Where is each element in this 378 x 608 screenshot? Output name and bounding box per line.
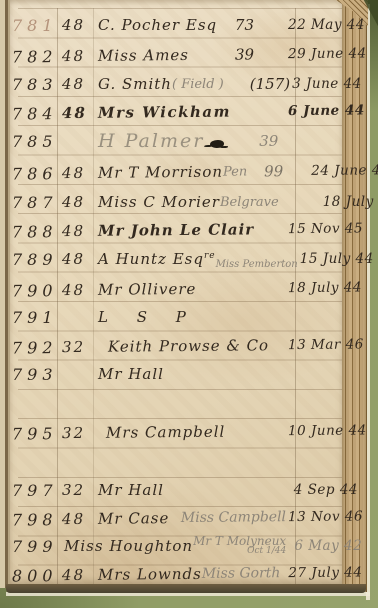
entry-date: 27 July 44 [288,564,360,581]
entry-size: 48 [62,16,98,34]
entry-date: 22 May 44 [288,17,360,33]
ledger-row-795: 795 32 Mrs Campbell 10 June 44 [12,417,360,446]
entry-size: 48 [62,104,98,122]
pencil-annotation-date: Oct 1/44 [193,546,286,556]
ledger-row-800: 800 48 Mrs Lownds Miss Gorth 27 July 44 [12,559,360,588]
entry-name: Mr Case [98,509,181,528]
ledger-row-797: 797 32 Mr Hall 4 Sep 44 [12,477,360,503]
entry-name: Mr T Morrison [98,163,223,182]
entry-size: 48 [62,281,98,299]
entry-name: Mr John Le Clair [98,220,288,240]
entry-date: 13 Nov 46 [288,508,360,525]
ledger-row-793: 793 Mr Hall [12,361,360,387]
entry-size: 48 [62,222,98,240]
pencil-annotation: ( Field ) [172,77,224,92]
pencil-annotation: Miss Pemberton [216,259,298,270]
entry-name-pencil: H Palmer [98,130,204,152]
ledger-row-781: 781 48 C. Pocher Esq 73 22 May 44 [12,12,360,38]
ledger-row-791: 791 L S P [12,304,360,330]
entry-date: 15 July 44 [300,251,372,267]
entry-size: 48 [62,164,98,182]
ledger-row-799: 799 Miss Houghton Mr T Molyneux Oct 1/44… [12,533,360,559]
entry-number: 798 [12,510,62,529]
ledger-row-787: 787 48 Miss C Morier Belgrave 18 July 44 [12,189,360,215]
entry-number: 800 [12,566,62,585]
entry-size: 48 [62,47,98,65]
ledger-row-792: 792 32 Keith Prowse & Co 13 Mar 46 [12,331,360,360]
entry-name: Mr Hall [98,481,288,499]
entry-number: 797 [12,481,62,500]
ledger-row-789: 789 48 A Huntz Esqre Miss Pemberton 15 J… [12,246,360,272]
entry-number: 781 [12,16,62,35]
entry-number: 789 [12,250,62,269]
entry-number: 792 [12,338,62,357]
entry-number: 787 [12,193,62,212]
entry-number: 788 [12,222,62,241]
ledger-photo-scene: 781 48 C. Pocher Esq 73 22 May 44 782 48… [0,0,378,608]
entry-date: 24 June 44 [311,162,378,179]
entry-extra-number: 73 [220,16,254,34]
entry-name-text: A Huntz Esq [98,250,204,268]
entry-name: Miss Houghton [64,537,193,555]
ledger-row-782: 782 48 Miss Ames 39 29 June 44 [12,40,360,69]
ledger-row-798: 798 48 Mr Case Miss Campbell 13 Nov 46 [12,503,360,532]
entry-size: 48 [62,250,98,268]
pencil-annotation: Miss Campbell [181,509,286,526]
entry-name-superscript: re [204,251,216,261]
entry-extra-number: (157) [250,75,290,93]
entry-name: G. Smith [98,75,172,93]
pencil-annotation: Miss Gorth [202,565,281,582]
entry-name: Mrs Wickham [98,102,288,122]
entry-date: 18 July 44 [288,279,360,296]
entry-name: A Huntz Esqre [98,250,216,268]
ledger-row-785: 785 H Palmer 39 [12,128,360,154]
binding-edge [0,0,10,588]
pencil-annotation-stack: Mr T Molyneux Oct 1/44 [193,536,286,556]
entry-size: 32 [62,424,98,442]
entry-extra-number: 39 [220,45,254,63]
entry-date: 15 Nov 45 [288,220,360,237]
entry-extra-number: 99 [249,162,283,180]
entry-name: L S P [98,308,360,326]
entry-size: 48 [62,510,98,528]
ledger-row-783: 783 48 G. Smith ( Field ) (157) 3 June 4… [12,71,360,97]
pencil-annotation: Pen [223,164,247,179]
ledger-row-784: 784 48 Mrs Wickham 6 June 44 [12,97,360,126]
entry-date: 3 June 44 [292,76,364,92]
ledger-row-786: 786 48 Mr T Morrison Pen 99 24 June 44 [12,157,360,186]
entry-name: C. Pocher Esq [98,16,220,34]
entry-name: Miss Ames [98,46,220,65]
entry-name: Mr Ollivere [98,279,288,299]
entry-date: 4 Sep 44 [288,482,360,498]
entry-date: 10 June 44 [288,422,360,439]
pencil-annotation: Belgrave [220,195,279,210]
ledger-row-790: 790 48 Mr Ollivere 18 July 44 [12,274,360,303]
entry-name: Miss C Morier [98,193,220,211]
entry-size: 48 [62,566,98,584]
entry-name: Mrs Lownds [98,565,202,584]
ink-blot-icon [210,140,224,148]
ledger-row-788: 788 48 Mr John Le Clair 15 Nov 45 [12,215,360,244]
entry-size: 32 [62,481,98,499]
entry-size: 48 [62,75,98,93]
pencil-annotation: Mr T Molyneux [193,536,286,546]
entry-number: 785 [12,132,62,151]
entry-extra-number: 39 [244,132,278,150]
entry-date: 13 Mar 46 [288,336,360,353]
entry-number: 795 [12,424,62,443]
entry-number: 799 [12,537,62,556]
entry-date: 6 June 44 [288,102,360,119]
entry-date: 18 July 44 [323,194,378,210]
entry-number: 786 [12,164,62,183]
entry-size: 48 [62,193,98,211]
entry-number: 791 [12,308,62,327]
entry-size: 32 [62,338,98,356]
entry-date: 29 June 44 [288,45,360,62]
entry-name: Mr Hall [98,365,360,383]
entry-name: Keith Prowse & Co [108,336,288,356]
entry-number: 782 [12,47,62,66]
entry-number: 793 [12,365,62,384]
entry-date: 6 May 42 [292,538,364,554]
entry-number: 790 [12,281,62,300]
entry-number: 784 [12,104,62,123]
entry-number: 783 [12,75,62,94]
entry-name: Mrs Campbell [106,422,288,442]
